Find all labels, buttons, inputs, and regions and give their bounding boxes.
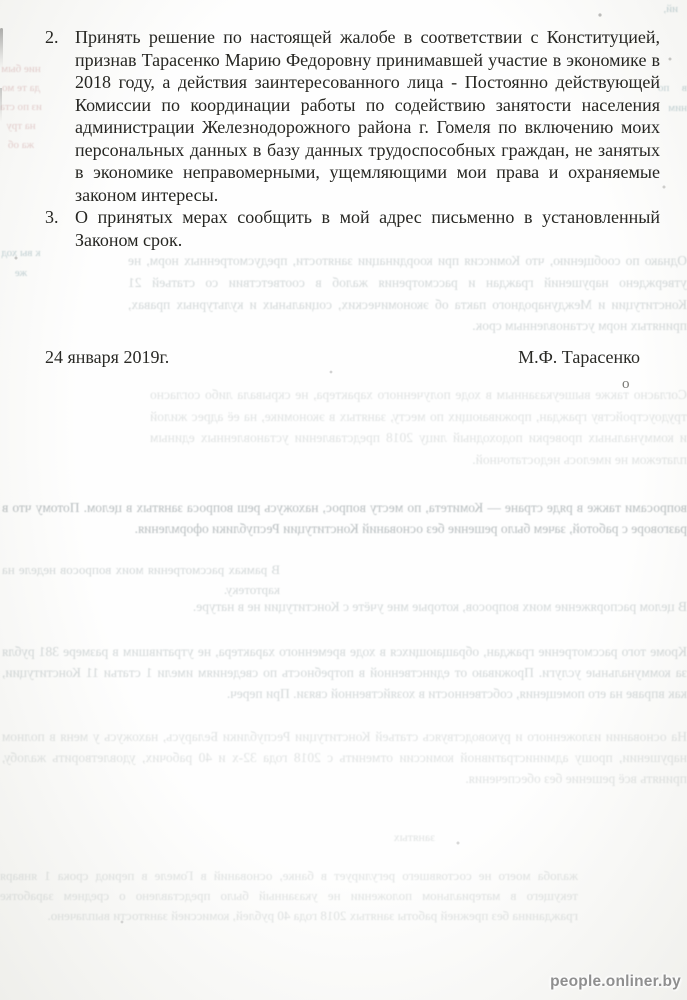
bleed-through-text: вопросами также в ряде стране — Комитета… bbox=[2, 497, 687, 560]
bleed-through-text: На основании изложенного и руководствуяс… bbox=[2, 726, 687, 792]
bleed-through-text: Согласно также вышеуказанным в ходе полу… bbox=[150, 384, 687, 502]
bleed-through-text: В рамках рассмотрения моих вопросов неде… bbox=[2, 560, 280, 600]
bleed-through-text: В целом распоряжение моих вопросов, кото… bbox=[148, 596, 687, 639]
list-item-number: 3. bbox=[45, 206, 75, 251]
bleed-through-text: в по ним bbox=[658, 78, 687, 118]
watermark-credit: people.onliner.by bbox=[546, 971, 685, 993]
bleed-through-text: к вы ход же bbox=[0, 243, 42, 283]
list-item-text: Принять решение по настоящей жалобе в со… bbox=[75, 26, 660, 206]
scan-noise bbox=[0, 0, 2, 2]
list-item-3: 3. О принятых мерах сообщить в мой адрес… bbox=[45, 206, 660, 251]
signature-name: М.Ф. Тарасенко bbox=[518, 346, 640, 368]
bleed-through-mark: о bbox=[622, 375, 644, 393]
scanned-document-page: ий, ние бым да те мо из по ста на тру жа… bbox=[0, 0, 687, 1000]
list-item-2: 2. Принять решение по настоящей жалобе в… bbox=[45, 26, 660, 206]
bleed-through-text: ние бым да те мо из по ста на тру жа об bbox=[0, 60, 42, 155]
bleed-through-text: жалоба моего не состоявшего регулирует в… bbox=[0, 866, 578, 966]
document-date: 24 января 2019г. bbox=[45, 346, 169, 368]
date-signature-row: 24 января 2019г. М.Ф. Тарасенко bbox=[45, 346, 640, 368]
bleed-through-text: ий, bbox=[644, 2, 678, 16]
scan-edge-artifact bbox=[0, 28, 3, 68]
petition-list: 2. Принять решение по настоящей жалобе в… bbox=[45, 26, 660, 251]
bleed-through-text: занятых bbox=[345, 830, 435, 844]
list-item-text: О принятых мерах сообщить в мой адрес пи… bbox=[75, 206, 660, 251]
list-item-number: 2. bbox=[45, 26, 75, 206]
scan-edge-artifact bbox=[0, 88, 2, 122]
bleed-through-text: Кроме того рассмотрение граждан, обращаю… bbox=[2, 641, 687, 726]
